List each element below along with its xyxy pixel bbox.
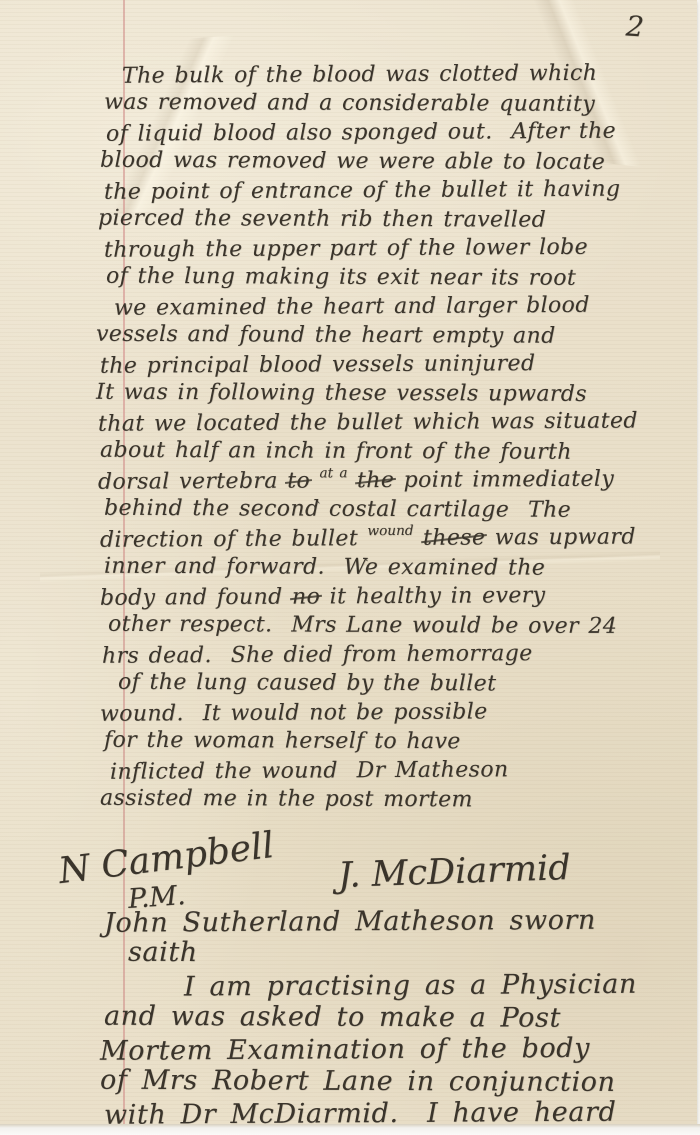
handwritten-line: of the lung caused by the bullet (118, 668, 682, 699)
handwritten-text: behind the second costal cartilage The (104, 496, 571, 523)
handwritten-line: behind the second costal cartilage The (104, 494, 682, 526)
handwritten-line: of Mrs Robert Lane in conjunction (100, 1065, 690, 1100)
scan-edge-bottom (0, 1124, 700, 1135)
handwritten-line: the principal blood vessels uninjured (100, 348, 682, 381)
handwritten-text (348, 468, 358, 493)
handwritten-text: of Mrs Robert Lane in conjunction (100, 1065, 616, 1098)
handwritten-text: pierced the seventh rib then travelled (98, 206, 546, 233)
handwritten-text: through the upper part of the lower lobe (104, 235, 588, 263)
handwritten-text: was removed and a considerable quantity (104, 90, 595, 117)
handwritten-line: hrs dead. She died from hemorrage (102, 638, 682, 671)
signature-mcdiarmid: J. McDiarmid (337, 848, 571, 896)
handwritten-line: the point of entrance of the bullet it h… (104, 174, 682, 207)
handwritten-text: body and found (100, 585, 292, 611)
handwritten-text: it healthy in every (320, 583, 545, 609)
handwritten-line: of liquid blood also sponged out. After … (106, 116, 682, 149)
handwritten-line: I am practising as a Physician (184, 968, 690, 1003)
handwritten-line: we examined the heart and larger blood (114, 290, 682, 322)
handwritten-text: blood was removed we were able to locate (100, 148, 605, 175)
handwritten-text: The bulk of the blood was clotted which (122, 61, 597, 89)
handwritten-text: direction of the bullet (100, 526, 368, 553)
manuscript-page: 2 The bulk of the blood was clotted whic… (0, 0, 697, 1124)
struck-out-word: no (292, 584, 320, 609)
handwritten-line: vessels and found the heart empty and (96, 320, 682, 352)
handwritten-text: saith (128, 937, 198, 968)
handwritten-line: dorsal vertebra to at a the point immedi… (98, 464, 682, 497)
handwritten-text: of the lung caused by the bullet (118, 670, 496, 697)
scanned-document: 2 The bulk of the blood was clotted whic… (0, 0, 700, 1135)
handwritten-text: Mortem Examination of the body (100, 1033, 590, 1067)
handwritten-text: we examined the heart and larger blood (114, 293, 590, 321)
handwritten-text: John Sutherland Matheson sworn (104, 905, 596, 939)
handwritten-line: other respect. Mrs Lane would be over 24 (108, 610, 682, 642)
handwritten-line: about half an inch in front of the fourt… (100, 436, 682, 468)
handwritten-text: was upward (485, 525, 636, 551)
handwritten-text: It was in following these vessels upward… (96, 380, 587, 407)
handwritten-line: The bulk of the blood was clotted which (122, 58, 682, 90)
handwritten-line: body and found no it healthy in every (100, 580, 682, 613)
handwritten-line: assisted me in the post mortem (100, 784, 682, 816)
handwritten-text: about half an inch in front of the fourt… (100, 438, 572, 465)
handwritten-text: for the woman herself to have (104, 728, 461, 755)
handwritten-text: of liquid blood also sponged out. After … (106, 119, 616, 147)
struck-out-word: the (357, 468, 394, 493)
handwritten-text: other respect. Mrs Lane would be over 24 (108, 612, 617, 639)
handwritten-line: inflicted the wound Dr Matheson (110, 754, 682, 786)
handwritten-text: inner and forward. We examined the (104, 554, 545, 581)
handwritten-line: saith (128, 937, 690, 971)
handwritten-line: inner and forward. We examined the (104, 552, 682, 584)
handwritten-text: wound. It would not be possible (100, 699, 488, 726)
handwritten-text: the point of entrance of the bullet it h… (104, 177, 621, 205)
handwritten-text: that we located the bullet which was sit… (98, 408, 638, 436)
handwritten-text: the principal blood vessels uninjured (100, 351, 536, 379)
handwritten-line: was removed and a considerable quantity (104, 88, 682, 120)
page-number: 2 (625, 9, 645, 43)
post-mortem-report-body: The bulk of the blood was clotted whichw… (96, 60, 682, 814)
handwritten-text (414, 526, 424, 551)
handwritten-line: direction of the bullet wound these was … (100, 522, 682, 555)
handwritten-line: pierced the seventh rib then travelled (98, 204, 682, 236)
handwritten-line: Mortem Examination of the body (100, 1032, 690, 1068)
handwritten-text: of the lung making its exit near its roo… (106, 264, 576, 291)
handwritten-text: inflicted the wound Dr Matheson (110, 757, 509, 784)
handwritten-line: for the woman herself to have (104, 726, 682, 758)
handwritten-line: through the upper part of the lower lobe (104, 232, 682, 265)
inserted-word: at a (319, 465, 347, 481)
handwritten-text: point immediately (394, 467, 614, 493)
handwritten-line: wound. It would not be possible (100, 696, 682, 729)
handwritten-text: dorsal vertebra (98, 469, 287, 495)
handwritten-text: hrs dead. She died from hemorrage (102, 641, 533, 669)
handwritten-line: that we located the bullet which was sit… (98, 406, 682, 439)
struck-out-word: to (287, 468, 310, 493)
handwritten-line: and was asked to make a Post (104, 1001, 690, 1036)
struck-out-word: these (423, 525, 485, 550)
handwritten-line: It was in following these vessels upward… (96, 378, 682, 410)
handwritten-text: vessels and found the heart empty and (96, 322, 556, 349)
matheson-testimony: John Sutherland Matheson swornsaithI am … (100, 906, 690, 1130)
handwritten-line: blood was removed we were able to locate (100, 146, 682, 178)
handwritten-line: of the lung making its exit near its roo… (106, 262, 682, 294)
inserted-word: wound (367, 523, 413, 539)
handwritten-text: I am practising as a Physician (184, 969, 637, 1003)
handwritten-text: and was asked to make a Post (104, 1001, 561, 1034)
handwritten-text: assisted me in the post mortem (100, 786, 473, 813)
handwritten-line: John Sutherland Matheson sworn (104, 904, 690, 940)
